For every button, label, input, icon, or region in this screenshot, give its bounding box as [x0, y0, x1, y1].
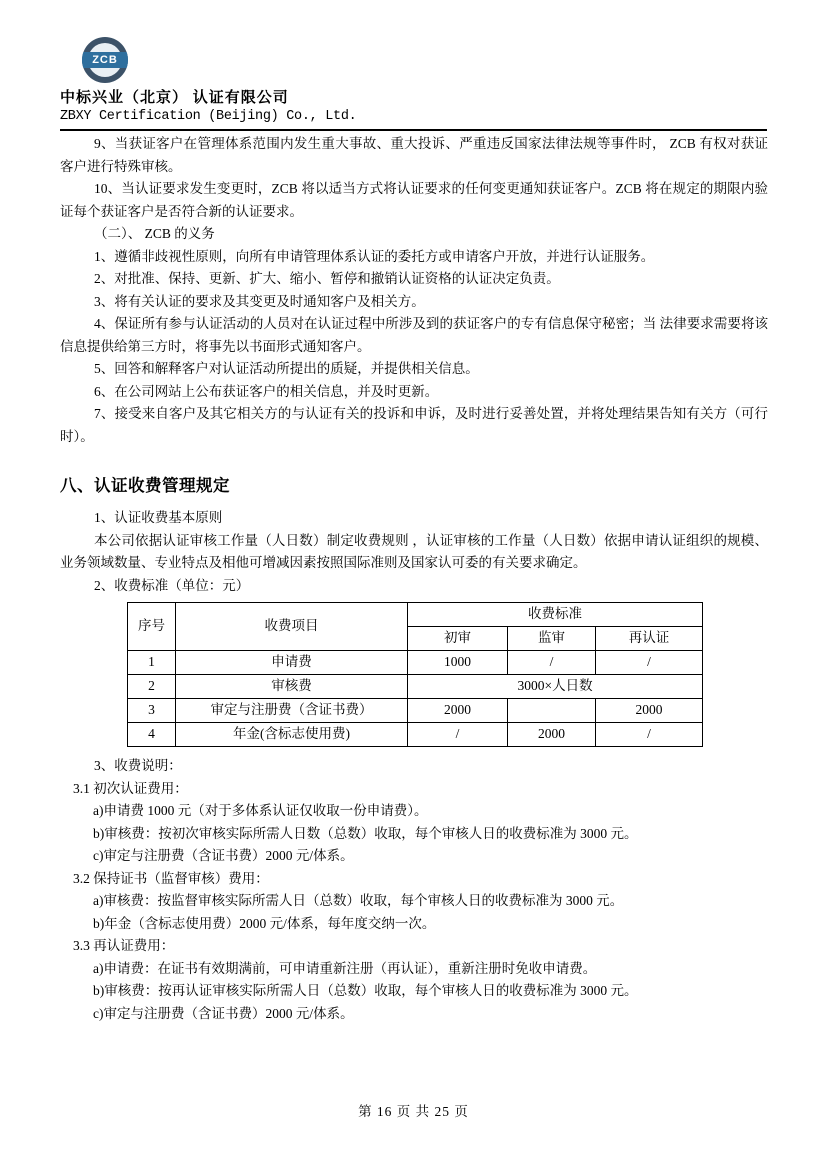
paragraph: 3.3 再认证费用： — [60, 935, 768, 958]
cell-item: 审定与注册费（含证书费） — [176, 699, 408, 723]
paragraph: b)审核费：按再认证审核实际所需人日（总数）收取，每个审核人日的收费标准为 30… — [60, 980, 768, 1003]
cell-item: 申请费 — [176, 651, 408, 675]
cell-seq: 3 — [128, 699, 176, 723]
cell-seq: 2 — [128, 675, 176, 699]
document-page: ZCB 中标兴业（北京） 认证有限公司 ZBXY Certification (… — [0, 0, 827, 1170]
company-name-english: ZBXY Certification (Beijing) Co., Ltd. — [60, 109, 767, 124]
paragraph: 本公司依据认证审核工作量（人日数）制定收费规则 ，认证审核的工作量（人日数）依据… — [60, 530, 768, 575]
paragraph: a)申请费 1000 元（对于多体系认证仅收取一份申请费）。 — [60, 800, 768, 823]
cell-value: / — [508, 651, 596, 675]
page-header: ZCB 中标兴业（北京） 认证有限公司 ZBXY Certification (… — [60, 0, 767, 131]
paragraph: a)审核费：按监督审核实际所需人日（总数）收取，每个审核人日的收费标准为 300… — [60, 890, 768, 913]
cell-value: 1000 — [408, 651, 508, 675]
paragraph: 4、保证所有参与认证活动的人员对在认证过程中所涉及到的获证客户的专有信息保守秘密… — [60, 313, 768, 358]
cell-value: / — [596, 651, 703, 675]
company-name-chinese: 中标兴业（北京） 认证有限公司 — [60, 86, 767, 107]
page-number: 第 16 页 共 25 页 — [0, 1100, 827, 1120]
logo-text: ZCB — [82, 52, 128, 68]
paragraph: c)审定与注册费（含证书费）2000 元/体系。 — [60, 845, 768, 868]
paragraph: c)审定与注册费（含证书费）2000 元/体系。 — [60, 1003, 768, 1026]
section-heading: 八、认证收费管理规定 — [60, 474, 768, 498]
paragraph: b)审核费：按初次审核实际所需人日数（总数）收取，每个审核人日的收费标准为 30… — [60, 823, 768, 846]
table-row: 4 年金(含标志使用费) / 2000 / — [128, 723, 703, 747]
column-header-recertification: 再认证 — [596, 627, 703, 651]
paragraph: 2、收费标准（单位：元） — [60, 575, 768, 598]
cell-value: 2000 — [596, 699, 703, 723]
paragraph: a)申请费：在证书有效期满前，可申请重新注册（再认证），重新注册时免收申请费。 — [60, 958, 768, 981]
paragraph: 1、认证收费基本原则 — [60, 507, 768, 530]
paragraph: 2、对批准、保持、更新、扩大、缩小、暂停和撤销认证资格的认证决定负责。 — [60, 268, 768, 291]
paragraph: 7、接受来自客户及其它相关方的与认证有关的投诉和申诉，及时进行妥善处置，并将处理… — [60, 403, 768, 448]
cell-value: / — [408, 723, 508, 747]
document-body: 9、当获证客户在管理体系范围内发生重大事故、重大投诉、严重违反国家法律法规等事件… — [60, 133, 768, 1025]
paragraph: 9、当获证客户在管理体系范围内发生重大事故、重大投诉、严重违反国家法律法规等事件… — [60, 133, 768, 178]
column-header-surveillance-audit: 监审 — [508, 627, 596, 651]
paragraph: 3、将有关认证的要求及其变更及时通知客户及相关方。 — [60, 291, 768, 314]
cell-value — [508, 699, 596, 723]
paragraph: b)年金（含标志使用费）2000 元/体系，每年度交纳一次。 — [60, 913, 768, 936]
paragraph: 3.1 初次认证费用： — [60, 778, 768, 801]
fee-standard-table: 序号 收费项目 收费标准 初审 监审 再认证 1 申请费 1000 / / — [127, 602, 703, 747]
company-logo-icon: ZCB — [82, 37, 128, 83]
paragraph: 5、回答和解释客户对认证活动所提出的质疑，并提供相关信息。 — [60, 358, 768, 381]
cell-item: 审核费 — [176, 675, 408, 699]
table-row: 3 审定与注册费（含证书费） 2000 2000 — [128, 699, 703, 723]
cell-value: 2000 — [508, 723, 596, 747]
cell-value: 2000 — [408, 699, 508, 723]
column-header-initial-audit: 初审 — [408, 627, 508, 651]
column-header-standard: 收费标准 — [408, 603, 703, 627]
table-row: 2 审核费 3000×人日数 — [128, 675, 703, 699]
header-divider — [60, 129, 767, 131]
cell-seq: 4 — [128, 723, 176, 747]
paragraph: 1、遵循非歧视性原则，向所有申请管理体系认证的委托方或申请客户开放，并进行认证服… — [60, 246, 768, 269]
cell-value: / — [596, 723, 703, 747]
cell-item: 年金(含标志使用费) — [176, 723, 408, 747]
cell-seq: 1 — [128, 651, 176, 675]
table-header-row: 序号 收费项目 收费标准 — [128, 603, 703, 627]
column-header-item: 收费项目 — [176, 603, 408, 651]
paragraph: 6、在公司网站上公布获证客户的相关信息，并及时更新。 — [60, 381, 768, 404]
paragraph: 10、当认证要求发生变更时，ZCB 将以适当方式将认证要求的任何变更通知获证客户… — [60, 178, 768, 223]
paragraph: 3.2 保持证书（监督审核）费用： — [60, 868, 768, 891]
subsection-title: （二）、 ZCB 的义务 — [60, 223, 768, 246]
column-header-seq: 序号 — [128, 603, 176, 651]
cell-value-merged: 3000×人日数 — [408, 675, 703, 699]
table-row: 1 申请费 1000 / / — [128, 651, 703, 675]
paragraph: 3、收费说明： — [60, 755, 768, 778]
